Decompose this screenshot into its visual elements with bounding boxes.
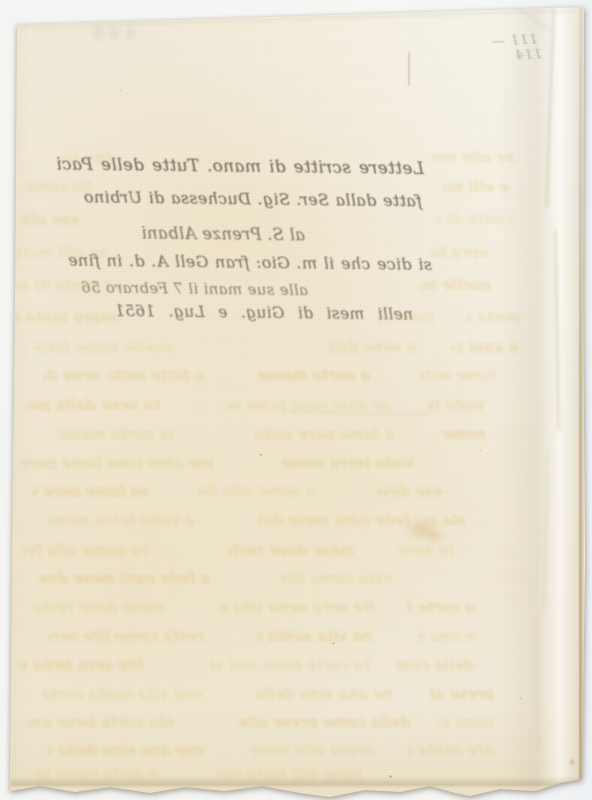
ghost-line-segment: ta corte bene ana sino della	[208, 656, 370, 671]
ghost-line-segment: ene ana sino della come pres	[48, 741, 204, 756]
ghost-line-segment: visto terr	[428, 396, 484, 411]
ghost-line-segment: na vita santa corte b	[256, 627, 372, 642]
ghost-line-segment: visto terra nome alla fe	[278, 454, 414, 469]
ghost-line-segment: ena vita santa corte bene ana	[38, 685, 202, 700]
paper-right-edge	[579, 7, 582, 779]
ink-line: nelli mesi di Giug. e Lug. 1651	[117, 302, 413, 324]
ghost-line-segment: prese alle none elli m	[248, 741, 374, 756]
ghost-line-segment: fede ogni mese dove resta c	[258, 511, 410, 526]
ghost-line-segment: lla come pre	[26, 178, 92, 193]
ghost-line-segment: sta com	[426, 511, 466, 526]
ink-line: al S. Prenze Albani	[185, 224, 305, 244]
ghost-line-segment: e visto terra nome alla fed	[48, 511, 194, 526]
ghost-line-segment: mese dove resta como lit	[28, 598, 164, 613]
ghost-line-segment: ra nome alla fede ogni	[22, 541, 148, 556]
ghost-line-segment: se alle none el	[432, 148, 514, 163]
ghost-line-segment: o vene dalla por	[330, 338, 416, 353]
ghost-line-segment: e ana sino	[418, 627, 474, 642]
ghost-line-segment: ana sino	[62, 148, 114, 163]
ghost-line-segment: esta como lite sera p	[276, 569, 392, 584]
ghost-line-segment: resta como lite sera pena vi	[48, 627, 204, 642]
ghost-line-segment: e anni cosa	[452, 338, 518, 353]
ghost-line-segment: opra tanto	[430, 243, 488, 258]
ghost-line-segment: conte di sopr	[436, 210, 512, 225]
ghost-line-segment: o fatte sotto vene dalla port	[44, 366, 204, 381]
ghost-line-segment: porta me	[468, 308, 520, 323]
ink-line: si dice che il m. Gio: fran Gell A. d. i…	[104, 251, 432, 274]
ghost-line-segment: none elli	[438, 713, 494, 728]
ink-line-text: si dice che il m. Gio: fran Gell A. d. i…	[104, 251, 432, 274]
ghost-line-segment: e elli mare	[442, 178, 508, 193]
ghost-line-segment: are conte di sop	[408, 741, 494, 756]
stamp-showthrough-text: 408	[52, 24, 136, 42]
ghost-line-segment: a nome alla fede ogni	[198, 482, 316, 497]
ghost-line-segment: quelle mano fatte sotto ve	[24, 338, 174, 353]
ghost-line-segment: mese dove resta como li	[228, 541, 354, 556]
ghost-line-segment: a porta messe anni c	[258, 366, 370, 381]
ink-line: Lettere scritte di mano. Tutte delle Pac…	[96, 155, 424, 179]
ghost-line-segment: della come pre	[398, 656, 474, 671]
ghost-line-segment: sopra tanto quelle	[16, 308, 118, 323]
ink-line-text: fatte dalla Ser. Sig. Duchessa di Urbino	[140, 188, 422, 210]
ghost-line-segment: none elli mare conte di so	[216, 765, 362, 780]
ghost-line-segment: fatte sot	[378, 308, 434, 323]
ink-line-text: alle sue mani il 7 Febraro 56	[130, 279, 308, 299]
speck	[259, 453, 263, 457]
ghost-line-segment: quelle mano f	[420, 276, 492, 291]
ghost-line-segment: to vene dalla porta mess	[28, 396, 160, 411]
manuscript-page: 408 111 — 114 Lettere scritte di mano. T…	[0, 0, 592, 800]
ghost-line-segment: sa lume pare visto te	[32, 482, 148, 497]
speck	[119, 89, 122, 92]
ghost-line-segment: nta corte bene ana sino del	[28, 713, 174, 728]
ghost-line-segment: della come prese alle none ell	[238, 713, 410, 728]
speck	[479, 449, 482, 452]
ink-line: alle sue mani il 7 Febraro 56	[130, 279, 308, 299]
ghost-line-segment: ese dove res	[376, 482, 442, 497]
page-number-text: 111 — 114	[464, 32, 545, 65]
ghost-line-segment: ese alle no	[20, 210, 78, 225]
speck	[332, 642, 335, 645]
ink-line-text: al S. Prenze Albani	[185, 224, 305, 244]
ghost-line-segment: ne ana sino della come pr	[256, 685, 392, 700]
ghost-line-segment: a corte bene	[408, 598, 474, 613]
ghost-line-segment: nome all	[438, 425, 486, 440]
ink-line: fatte dalla Ser. Sig. Duchessa di Urbino	[140, 188, 422, 210]
stamp-showthrough: 408	[52, 24, 136, 50]
scratch-mark	[408, 52, 410, 86]
ghost-line-segment: se anni cosa lume pare visto	[228, 396, 390, 411]
ghost-line-segment: e conte di sopra	[18, 276, 114, 291]
ghost-line-segment: te sera pe	[398, 541, 454, 556]
ghost-line-segment: lite sera pena vita san	[18, 656, 144, 671]
ghost-line-segment: a lume pare visto terra nom	[248, 425, 394, 440]
ink-line-text: Lettere scritte di mano. Tutte delle Pac…	[96, 155, 424, 179]
ghost-line-segment: lume pare vis	[420, 366, 496, 381]
ink-line-text: nelli mesi di Giug. e Lug. 1651	[117, 302, 413, 324]
ghost-line-segment: sse anni cosa lume pare visto terra	[22, 454, 214, 469]
ghost-line-segment: prese alle n	[428, 685, 494, 700]
scan-background: 408 111 — 114 Lettere scritte di mano. T…	[0, 0, 592, 800]
ghost-line-segment: ite sera pena vita santa cor	[218, 598, 374, 613]
right-curl-shading	[498, 0, 584, 800]
ghost-line-segment: o della come prese alle	[32, 765, 158, 780]
ghost-line-segment: a fede ogni mese dove resta com	[38, 569, 210, 584]
ghost-line-segment: ne elli mare cont	[16, 243, 108, 258]
ghost-line-segment: la porta messe anni c	[58, 425, 174, 440]
page-number-annotation: 111 — 114	[467, 32, 540, 58]
